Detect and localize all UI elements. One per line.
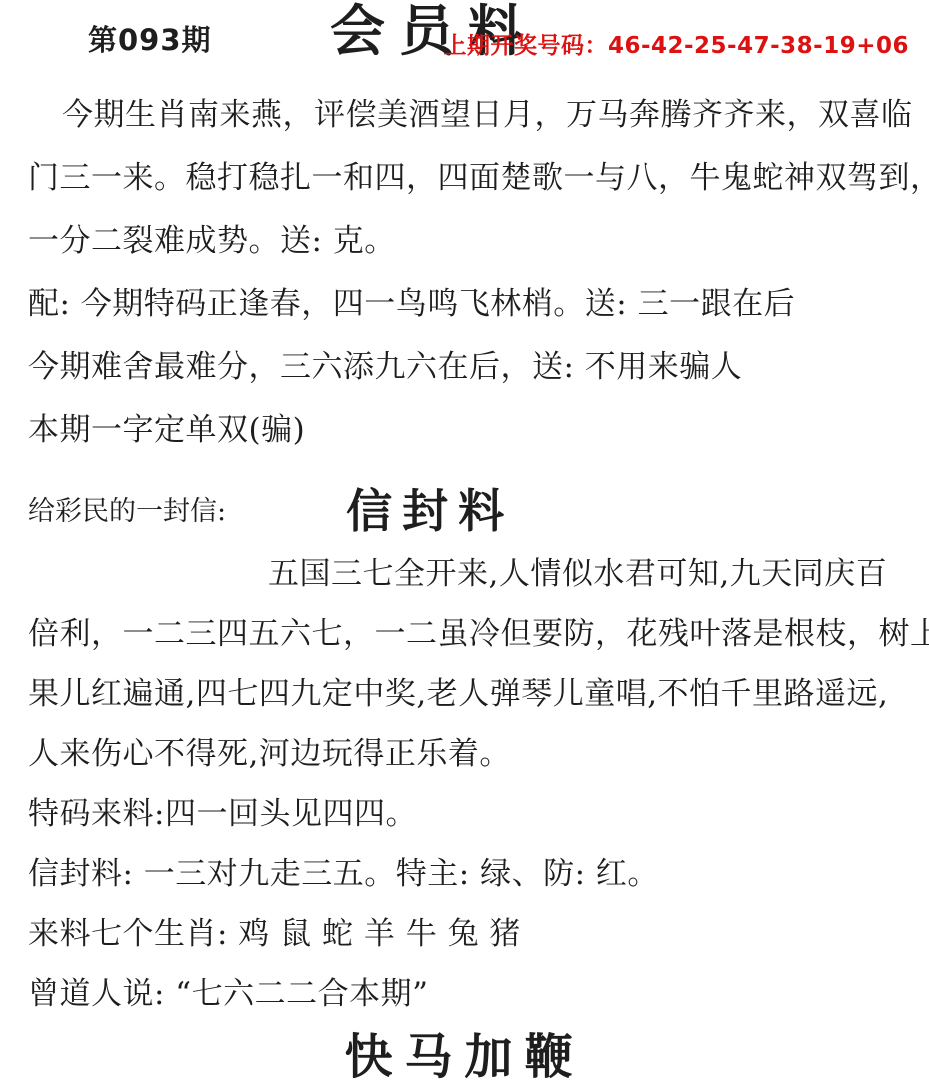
member-tip-line: 今期难舍最难分，三六添九六在后，送: 不用来骗人 [28,336,901,399]
member-tip-line: 配: 今期特码正逢春，四一鸟鸣飞林梢。送: 三一跟在后 [28,273,901,336]
member-tips-section: 今期生肖南来燕，评偿美酒望日月，万马奔腾齐齐来，双喜临 门三一来。稳打稳扎一和四… [0,84,929,462]
issue-number: 第093期 [88,18,212,59]
envelope-tip-line: 五国三七全开来,人情似水君可知,九天同庆百 [28,544,901,604]
envelope-material-line: 信封料: 一三对九走三五。特主: 绿、防: 红。 [28,844,901,904]
member-tip-line: 门三一来。稳打稳扎一和四，四面楚歌一与八，牛鬼蛇神双驾到， [28,147,901,210]
quote-line: 曾道人说: “七六二二合本期” [28,964,901,1024]
footer-slogan: 快马加鞭 [0,1028,929,1086]
envelope-tip-line: 果儿红遍通,四七四九定中奖,老人弹琴儿童唱,不怕千里路遥远, [28,664,901,724]
envelope-tips-section: 五国三七全开来,人情似水君可知,九天同庆百 倍利，一二三四五六七，一二虽冷但要防… [0,544,929,1024]
member-tip-line: 今期生肖南来燕，评偿美酒望日月，万马奔腾齐齐来，双喜临 [28,84,901,147]
zodiac-list-line: 来料七个生肖: 鸡 鼠 蛇 羊 牛 兔 猪 [28,904,901,964]
envelope-intro-label: 给彩民的一封信: [28,489,226,528]
member-tip-line: 一分二裂难成势。送: 克。 [28,210,901,273]
envelope-tip-line: 人来伤心不得死,河边玩得正乐着。 [28,724,901,784]
envelope-section-header: 给彩民的一封信: 信封料 [0,476,929,540]
member-tip-line: 本期一字定单双(骗) [28,399,901,462]
last-draw-numbers: 上期开奖号码：46-42-25-47-38-19+06 [443,27,909,60]
special-code-tip-line: 特码来料:四一回头见四四。 [28,784,901,844]
page-header: 第093期 会员料 上期开奖号码：46-42-25-47-38-19+06 [0,0,929,74]
envelope-section-title: 信封料 [346,475,514,541]
envelope-tip-line: 倍利，一二三四五六七，一二虽冷但要防，花残叶落是根枝，树上 [28,604,901,664]
